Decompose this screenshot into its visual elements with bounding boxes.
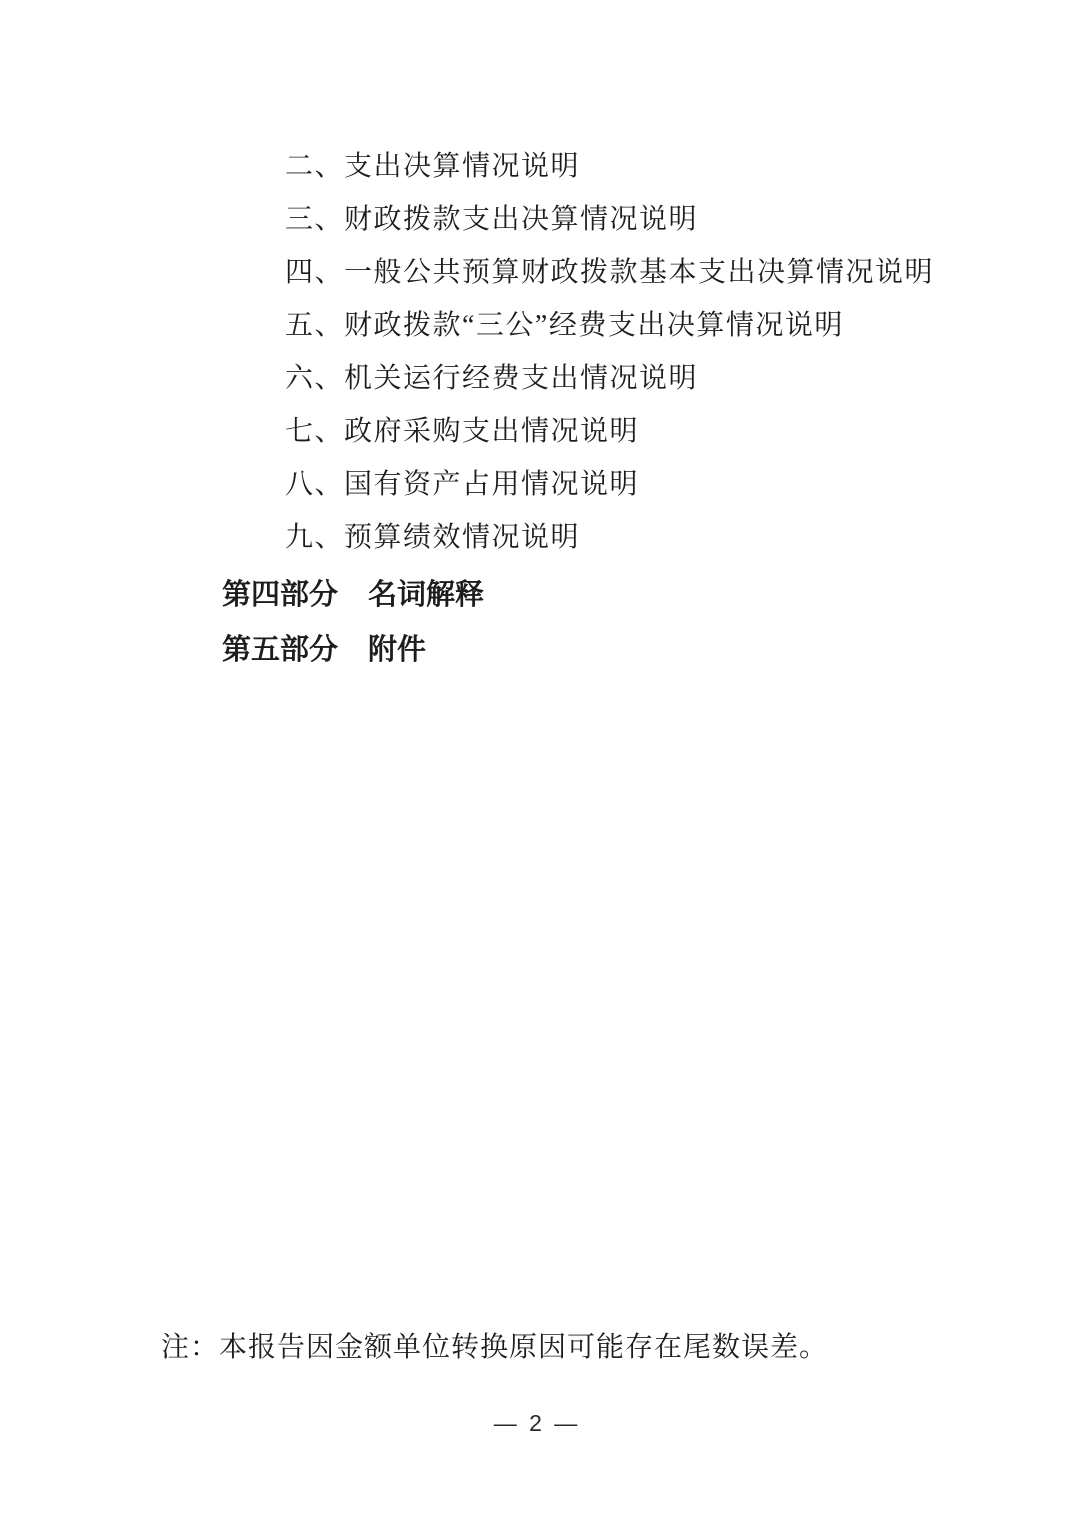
toc-part-5: 第五部分附件 [222,623,484,678]
part-4-title: 名词解释 [368,579,484,611]
toc-list: 二、支出决算情况说明 三、财政拨款支出决算情况说明 四、一般公共预算财政拨款基本… [285,140,934,564]
toc-item-3: 三、财政拨款支出决算情况说明 [285,193,934,246]
toc-part-headers: 第四部分名词解释 第五部分附件 [222,568,484,678]
part-4-number: 第四部分 [222,568,338,623]
toc-item-7: 七、政府采购支出情况说明 [285,405,934,458]
toc-part-4: 第四部分名词解释 [222,568,484,623]
document-page: 二、支出决算情况说明 三、财政拨款支出决算情况说明 四、一般公共预算财政拨款基本… [0,0,1074,1520]
toc-item-2: 二、支出决算情况说明 [285,140,934,193]
toc-item-8: 八、国有资产占用情况说明 [285,458,934,511]
page-number: — 2 — [0,1410,1074,1437]
toc-item-6: 六、机关运行经费支出情况说明 [285,352,934,405]
part-5-number: 第五部分 [222,623,338,678]
toc-item-5: 五、财政拨款“三公”经费支出决算情况说明 [285,299,934,352]
part-5-title: 附件 [368,634,426,666]
footnote: 注：本报告因金额单位转换原因可能存在尾数误差。 [161,1322,828,1374]
toc-item-4: 四、一般公共预算财政拨款基本支出决算情况说明 [285,246,934,299]
toc-item-9: 九、预算绩效情况说明 [285,511,934,564]
